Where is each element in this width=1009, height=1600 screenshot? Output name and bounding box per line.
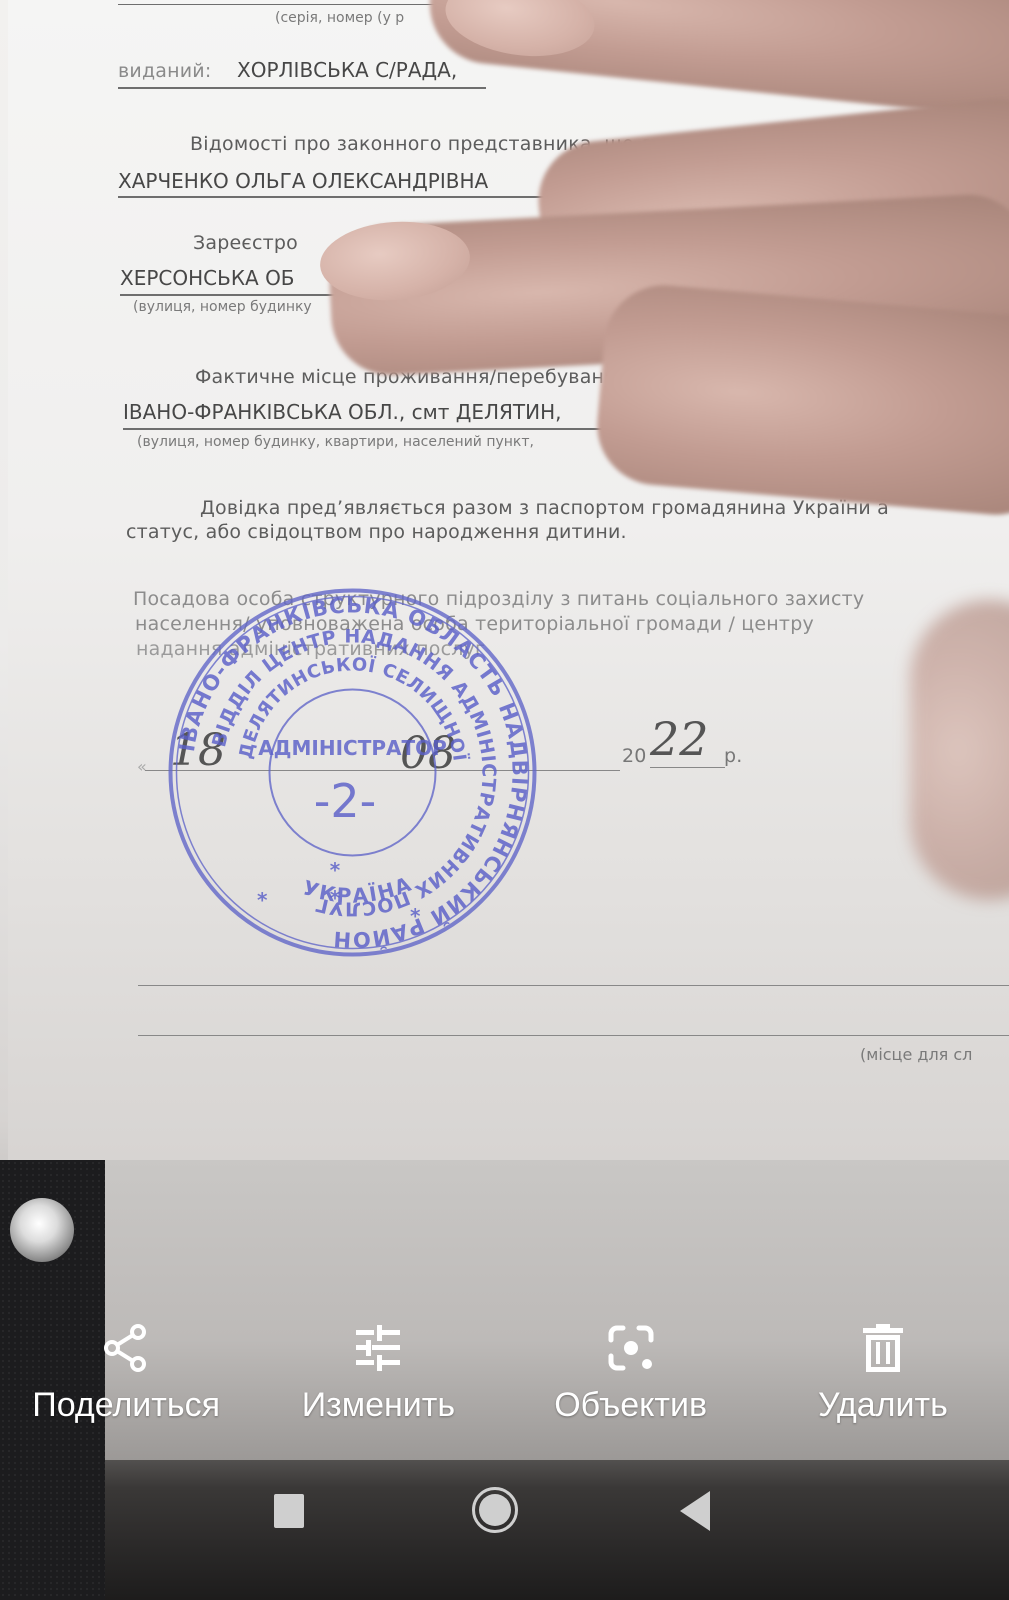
date-open-quote: « <box>137 757 147 776</box>
svg-text:*: * <box>257 888 268 912</box>
date-year-prefix: 20 <box>622 745 647 767</box>
home-circle-icon[interactable] <box>472 1487 518 1533</box>
underline <box>120 294 360 296</box>
svg-text:*: * <box>330 858 341 882</box>
share-button[interactable]: Поделиться <box>0 1320 252 1430</box>
representative-name: ХАРЧЕНКО ОЛЬГА ОЛЕКСАНДРІВНА <box>118 169 488 193</box>
underline <box>138 985 1009 986</box>
lens-icon <box>603 1320 659 1376</box>
trash-icon <box>855 1320 911 1376</box>
series-caption: (серія, номер (у р <box>275 10 404 26</box>
signature-place-caption: (місце для сл <box>860 1045 972 1064</box>
svg-text:*: * <box>330 886 341 910</box>
svg-text:*: * <box>410 904 421 928</box>
binder-rivet <box>10 1198 74 1262</box>
finger-overlay <box>592 280 1009 519</box>
lens-button[interactable]: Объектив <box>505 1320 757 1430</box>
underline <box>118 87 486 89</box>
share-label: Поделиться <box>32 1386 220 1425</box>
lens-label: Объектив <box>554 1386 707 1425</box>
year-underline <box>650 767 725 768</box>
official-stamp: ІВАНО-ФРАНКІВСЬКА ОБЛАСТЬ НАДВІРНЯНСЬКИЙ… <box>165 585 540 960</box>
recents-square-icon[interactable] <box>274 1494 304 1528</box>
home-circle-inner <box>479 1494 511 1526</box>
registered-heading: Зареєстро <box>193 232 298 254</box>
delete-label: Удалить <box>818 1386 948 1425</box>
finger-shadow <box>910 600 1009 900</box>
notice-line-2: статус, або свідоцтвом про народження ди… <box>126 521 627 543</box>
issued-value: ХОРЛІВСЬКА С/РАДА, <box>237 58 457 82</box>
registered-value: ХЕРСОНСЬКА ОБ <box>120 266 295 290</box>
svg-text:-2-: -2- <box>314 774 376 828</box>
registered-caption: (вулиця, номер будинку <box>133 299 312 315</box>
residence-caption: (вулиця, номер будинку, квартири, населе… <box>137 434 534 450</box>
notice-line-1: Довідка пред’являється разом з паспортом… <box>200 497 889 519</box>
date-year-unit: р. <box>724 745 743 767</box>
date-year-suffix: 22 <box>650 712 709 766</box>
issued-label: виданий: <box>118 60 211 82</box>
residence-value: ІВАНО-ФРАНКІВСЬКА ОБЛ., смт ДЕЛЯТИН, <box>123 400 561 424</box>
delete-button[interactable]: Удалить <box>757 1320 1009 1430</box>
svg-text:АДМІНІСТРАТОР: АДМІНІСТРАТОР <box>258 736 447 760</box>
underline <box>123 428 623 430</box>
edit-label: Изменить <box>302 1386 455 1425</box>
photo-action-bar: Поделиться Изменить Объектив <box>0 1320 1009 1430</box>
tune-sliders-icon <box>350 1320 406 1376</box>
edit-button[interactable]: Изменить <box>252 1320 504 1430</box>
underline <box>138 1035 1009 1036</box>
share-icon <box>98 1320 154 1376</box>
system-navigation-bar <box>0 1470 1009 1600</box>
back-triangle-icon[interactable] <box>680 1491 710 1531</box>
